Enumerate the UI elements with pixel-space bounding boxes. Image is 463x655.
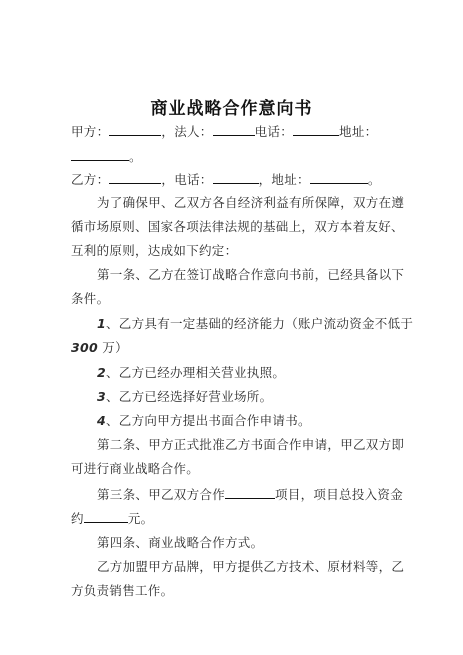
condition-number: 3: [97, 389, 106, 404]
amount-number: 300: [71, 340, 98, 355]
condition-number: 1: [97, 316, 106, 331]
document-page: 商业战略合作意向书 甲方：，法人：电话：地址： 。 乙方：，电话：，地址：。 为…: [0, 0, 463, 655]
article3-line-1: 第三条、甲乙双方合作项目，项目总投入资金: [71, 486, 427, 503]
article3-line-2: 约元。: [71, 510, 401, 527]
party-a-address-label: 地址：: [339, 124, 377, 139]
condition-number: 4: [97, 413, 106, 428]
party-b-name-blank[interactable]: [109, 171, 161, 184]
party-a-phone-label: 电话：: [255, 124, 293, 139]
party-b-address-blank[interactable]: [310, 171, 368, 184]
party-b-line: 乙方：，电话：，地址：。: [71, 171, 401, 188]
article1-line-1: 第一条、乙方在签订战略合作意向书前，已经具备以下: [71, 267, 427, 283]
condition-text: 、乙方已经选择好营业场所。: [106, 389, 272, 404]
investment-amount-blank[interactable]: [84, 510, 128, 523]
article3-text-mid: 项目，项目总投入资金: [275, 487, 403, 502]
preamble-line-1: 为了确保甲、乙双方各自经济利益有所保障，双方在遵: [71, 195, 427, 211]
preamble-line-3: 互利的原则，达成如下约定：: [71, 243, 401, 259]
project-name-blank[interactable]: [225, 486, 275, 499]
article4-title: 第四条、商业战略合作方式。: [71, 535, 427, 551]
party-b-phone-label: ，电话：: [161, 172, 212, 187]
article2-line-1: 第二条、甲方正式批准乙方书面合作申请，甲乙双方即: [71, 437, 427, 453]
legal-person-blank[interactable]: [213, 123, 255, 136]
condition-1: 1、乙方具有一定基础的经济能力（账户流动资金不低于: [71, 316, 427, 332]
preamble-line-2: 循市场原则、国家各项法律法规的基础上，双方本着友好、: [71, 219, 401, 235]
party-a-phone-blank[interactable]: [293, 123, 339, 136]
party-b-phone-blank[interactable]: [213, 171, 259, 184]
condition-4: 4、乙方向甲方提出书面合作申请书。: [71, 413, 427, 429]
party-b-label: 乙方：: [71, 172, 109, 187]
legal-person-label: ，法人：: [161, 124, 212, 139]
article3-approx: 约: [71, 511, 84, 526]
condition-3: 3、乙方已经选择好营业场所。: [71, 389, 427, 405]
document-title: 商业战略合作意向书: [0, 94, 463, 119]
amount-unit: 万）: [98, 340, 128, 355]
condition-1-cont: 300 万）: [71, 340, 401, 356]
article2-line-2: 可进行商业战略合作。: [71, 461, 401, 477]
condition-text: 、乙方向甲方提出书面合作申请书。: [106, 413, 311, 428]
party-a-address-blank[interactable]: [71, 148, 129, 161]
party-a-line: 甲方：，法人：电话：地址：: [71, 123, 401, 140]
party-a-address-line: 。: [71, 148, 401, 165]
article4-body-line-2: 方负责销售工作。: [71, 583, 401, 599]
article3-unit: 元。: [128, 511, 154, 526]
condition-number: 2: [97, 365, 106, 380]
condition-text: 、乙方已经办理相关营业执照。: [106, 365, 285, 380]
condition-text: 、乙方具有一定基础的经济能力（账户流动资金不低于: [106, 316, 413, 331]
article3-text: 第三条、甲乙双方合作: [97, 487, 225, 502]
article1-line-2: 条件。: [71, 291, 401, 307]
party-b-address-label: ，地址：: [259, 172, 310, 187]
period: 。: [368, 172, 381, 187]
party-a-name-blank[interactable]: [109, 123, 161, 136]
condition-2: 2、乙方已经办理相关营业执照。: [71, 365, 427, 381]
party-a-label: 甲方：: [71, 124, 109, 139]
article4-body-line-1: 乙方加盟甲方品牌，甲方提供乙方技术、原材料等，乙: [71, 559, 427, 575]
period: 。: [129, 149, 142, 164]
